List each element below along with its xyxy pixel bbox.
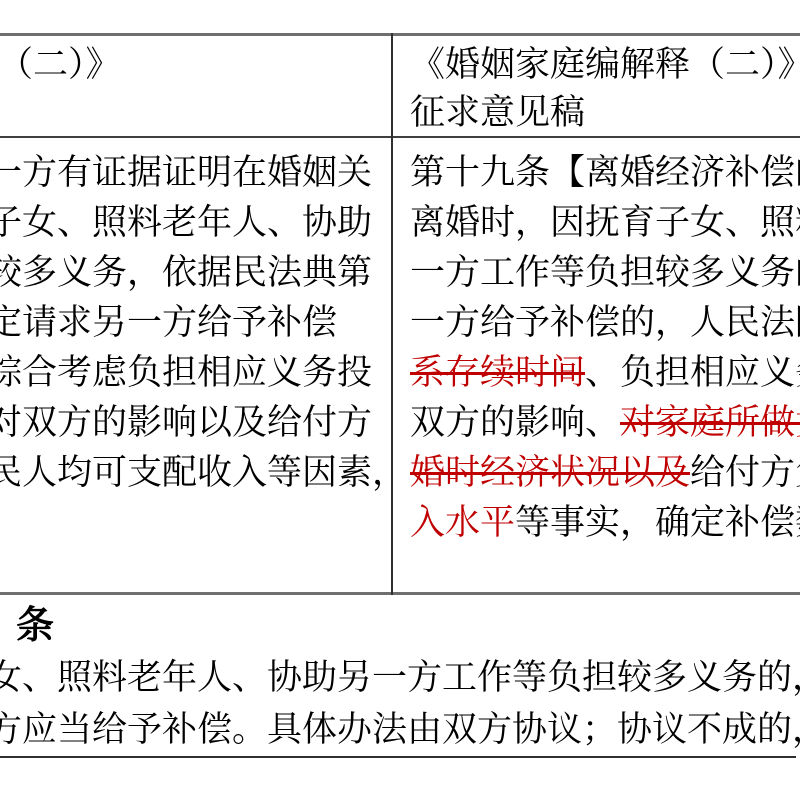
table-right-line: 入水平等事实，确定补偿数 (410, 498, 800, 548)
text-segment: 一方给予补偿的，人民法院 (410, 303, 800, 342)
table-right-line: 婚时经济状况以及给付方负 (410, 448, 800, 498)
table-bottom-border (0, 592, 800, 595)
table-header-divider (0, 136, 800, 138)
table-cell-draft-version-text: 第十九条【离婚经济补偿的离婚时，因抚育子女、照料一方工作等负担较多义务的一方给予… (393, 139, 800, 601)
table-top-border (0, 33, 800, 36)
document-page: { "colors": { "text": "#000000", "revisi… (0, 0, 800, 800)
text-segment: 、负担相应义务 (585, 353, 800, 392)
table-column-divider (391, 33, 393, 595)
revision-text-segment: 婚时经济状况以及 (410, 453, 690, 492)
statute-text-line: 女、照料老年人、协助另一方工作等负担较多义务的， (0, 652, 800, 704)
table-left-line: 综合考虑负担相应义务投 (0, 348, 391, 398)
text-segment: 第十九条【离婚经济补偿的 (410, 153, 800, 192)
table-right-line: 第十九条【离婚经济补偿的 (410, 148, 800, 198)
table-left-line: 一方有证据证明在婚姻关 (0, 148, 391, 198)
text-segment: 给付方负 (690, 453, 800, 492)
header-right-title-line1: 《婚姻家庭编解释（二）》 (410, 44, 800, 86)
statute-underline (0, 756, 796, 758)
table-right-line: 双方的影响、对家庭所做贡 (410, 398, 800, 448)
revision-text-segment: 入水平 (410, 503, 515, 542)
header-left-title-fragment: （二）》 (0, 44, 121, 86)
text-segment: 双方的影响、 (410, 403, 620, 442)
table-left-line: 较多义务，依据民法典第 (0, 248, 391, 298)
table-left-line: 定请求另一方给予补偿 (0, 298, 391, 348)
table-left-line: 民人均可支配收入等因素， (0, 448, 391, 498)
table-right-line: 离婚时，因抚育子女、照料 (410, 198, 800, 248)
statute-heading-fragment: 条 (16, 601, 54, 651)
text-segment: 一方工作等负担较多义务的 (410, 253, 800, 292)
table-left-line: 子女、照料老年人、协助 (0, 198, 391, 248)
revision-text-segment: 对家庭所做贡 (620, 403, 800, 442)
text-segment: 离婚时，因抚育子女、照料 (410, 203, 800, 242)
table-right-line: 系存续时间、负担相应义务 (410, 348, 800, 398)
table-left-line: 对双方的影响以及给付方 (0, 398, 391, 448)
table-cell-final-version-text: 一方有证据证明在婚姻关子女、照料老年人、协助较多义务，依据民法典第定请求另一方给… (0, 139, 391, 601)
revision-text-segment: 系存续时间 (410, 353, 585, 392)
header-right-title-line2: 征求意见稿 (410, 92, 585, 134)
text-segment: 等事实，确定补偿数 (515, 503, 800, 542)
table-right-line: 一方工作等负担较多义务的 (410, 248, 800, 298)
statute-text-line: 方应当给予补偿。具体办法由双方协议；协议不成的， (0, 704, 800, 756)
table-right-line: 一方给予补偿的，人民法院 (410, 298, 800, 348)
